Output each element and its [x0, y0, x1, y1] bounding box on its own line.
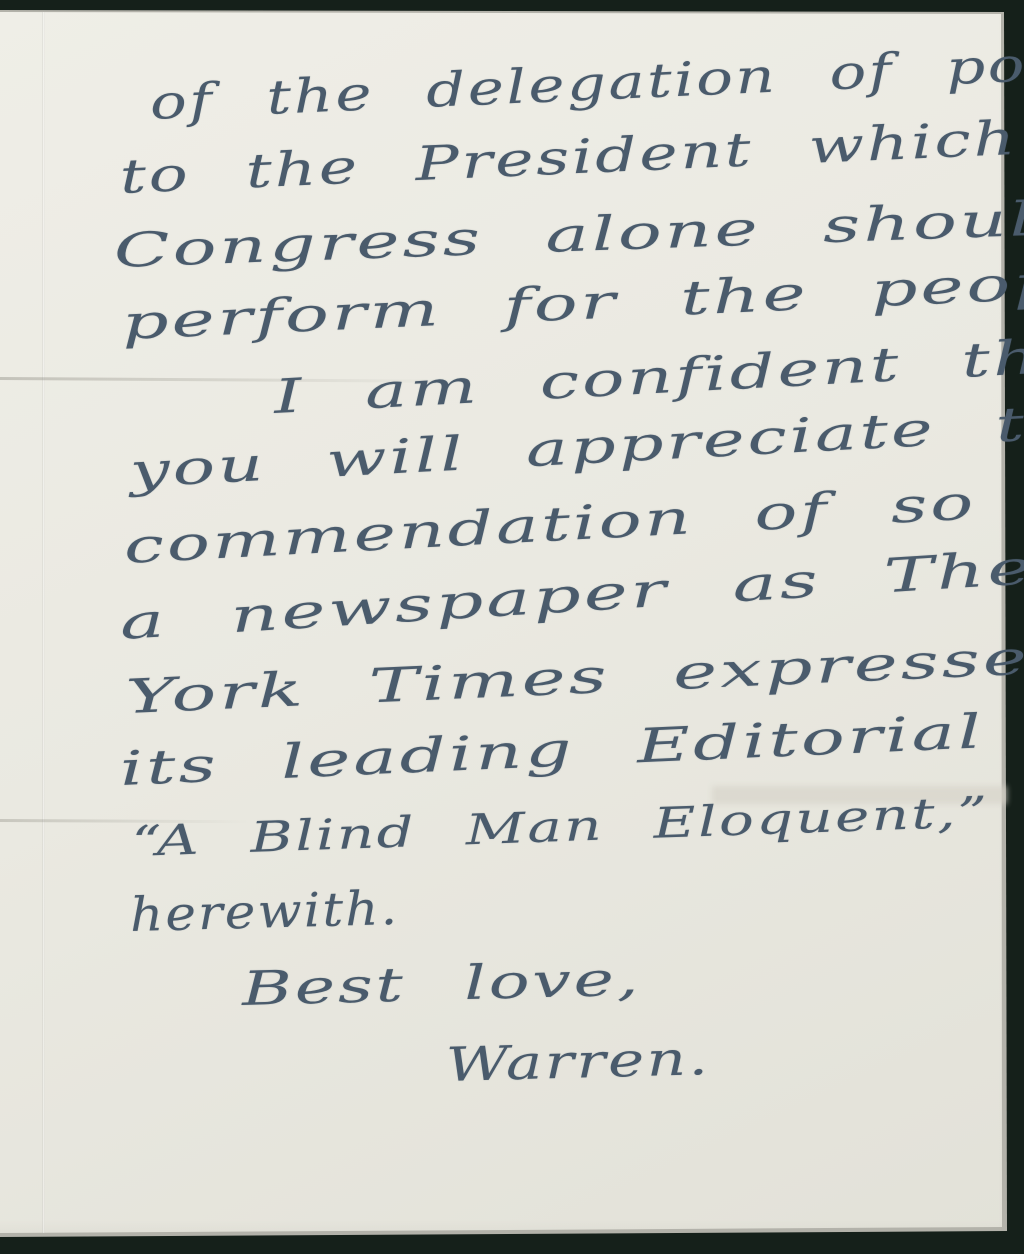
document-scan: of the delegation of powers to the Presi…	[0, 0, 1024, 1254]
handwritten-line: herewith.	[129, 883, 399, 943]
signature: Warren.	[445, 1033, 711, 1093]
handwriting-layer: of the delegation of powers to the Presi…	[0, 0, 1024, 1254]
handwritten-line: its leading Editorial	[119, 706, 985, 796]
closing-line: Best love,	[241, 954, 641, 1017]
